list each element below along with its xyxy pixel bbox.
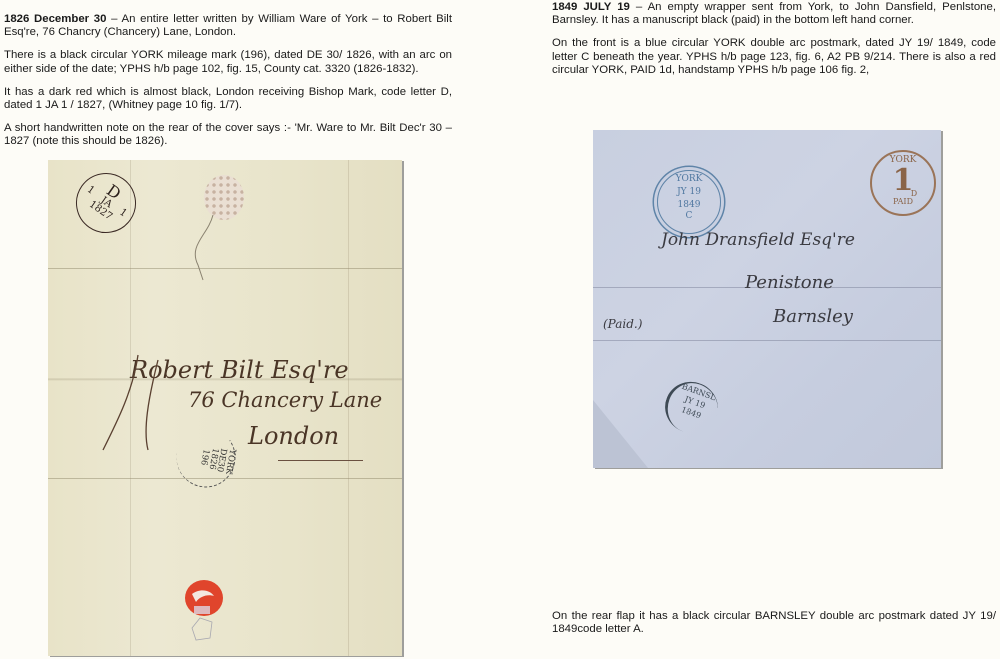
left-paragraph-2: There is a black circular YORK mileage m… <box>4 49 452 75</box>
address-line-2: Penistone <box>745 272 834 293</box>
rear-flap-note: On the rear flap it has a black circular… <box>552 610 996 636</box>
fold-line <box>593 340 941 341</box>
right-paragraph-1: 1849 JULY 19 – An empty wrapper sent fro… <box>552 1 996 27</box>
barnsley-double-arc-postmark: BARNSL JY 19 1849 <box>658 374 725 440</box>
tear-mark-icon <box>178 215 218 285</box>
letter-1826-image: 1 D JA 1827 1 Robert Bilt Esq're 76 Chan… <box>48 160 402 656</box>
wrapper-1849-image: YORK JY 19 1849 C YORK 1 D PAID John Dra… <box>593 130 941 468</box>
embossed-seal-icon <box>204 175 244 220</box>
corner-fold-icon <box>593 400 653 468</box>
york-paid-1d-postmark: YORK 1 D PAID <box>870 150 936 216</box>
york-mileage-postmark: YORK DE30 1826 196 <box>172 423 241 492</box>
left-paragraph-4: A short handwritten note on the rear of … <box>4 122 452 148</box>
red-wax-seal-icon <box>182 578 228 648</box>
left-description: 1826 December 30 – An entire letter writ… <box>4 13 452 159</box>
left-paragraph-3: It has a dark red which is almost black,… <box>4 86 452 112</box>
right-heading-date: 1849 JULY 19 <box>552 1 630 13</box>
left-paragraph-1: 1826 December 30 – An entire letter writ… <box>4 13 452 39</box>
right-paragraph-2: On the front is a blue circular YORK dou… <box>552 37 996 77</box>
bishop-mark-postmark: 1 D JA 1827 1 <box>64 161 148 245</box>
address-line-1: John Dransfield Esq're <box>661 230 855 250</box>
right-description: 1849 JULY 19 – An empty wrapper sent fro… <box>552 1 996 87</box>
flourish-stroke-icon <box>98 350 168 460</box>
left-heading-date: 1826 December 30 <box>4 13 106 25</box>
underline <box>278 460 363 461</box>
address-line-3: Barnsley <box>773 306 853 327</box>
address-line-3: London <box>248 422 339 450</box>
address-line-2: 76 Chancery Lane <box>188 388 382 412</box>
york-blue-double-arc-postmark: YORK JY 19 1849 C <box>657 170 721 234</box>
paid-manuscript-note: (Paid.) <box>603 317 642 331</box>
